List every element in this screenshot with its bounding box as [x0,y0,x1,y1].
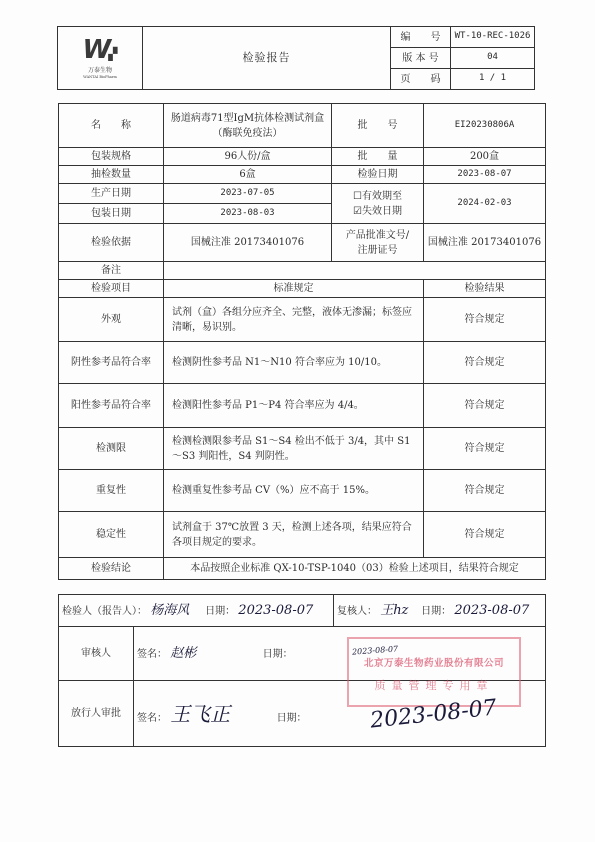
test-result: 符合规定 [424,428,546,470]
expiry-type-cell: ☐有效期至 ☑失效日期 [332,184,424,224]
test-item: 稳定性 [59,512,164,558]
releaser-date-label: 日期： [277,713,307,724]
remark-value [164,262,546,280]
batch-size-value: 200盒 [424,148,546,166]
test-item: 重复性 [59,470,164,512]
mfg-date-label: 生产日期 [59,184,164,204]
releaser-signature: 王飞正 [170,702,230,726]
approval-number-label: 产品批准文号/ 注册证号 [332,224,424,262]
reviewer-signature: 王hz [380,603,408,618]
expiry-date-option: ☑失效日期 [335,204,420,219]
test-result: 符合规定 [424,512,546,558]
batch-size-label: 批 量 [332,148,424,166]
reviewer-label: 复核人： [337,606,377,617]
inspector-label: 检验人（报告人）： [62,606,147,617]
conclusion-value: 本品按照企业标准 QX-10-TSP-1040（03）检验上述项目，结果符合规定 [164,558,546,580]
pack-date-label: 包装日期 [59,204,164,224]
approval-label-line2: 注册证号 [335,243,420,258]
company-name-en: WANTAI BioPharm [83,75,117,80]
package-spec-label: 包装规格 [59,148,164,166]
test-result: 符合规定 [424,342,546,384]
valid-until-label: 有效期至 [362,191,402,202]
company-logo: W▞ 万泰生物 WANTAI BioPharm [61,37,139,80]
test-item: 阴性参考品符合率 [59,342,164,384]
expiry-date-checkbox[interactable]: ☑ [353,206,362,217]
inspection-report-document: W▞ 万泰生物 WANTAI BioPharm 检验报告 编 号 WT-10-R… [0,0,595,842]
test-standard: 检测检测限参考品 S1～S4 检出不低于 3/4，其中 S1～S3 判阳性，S4… [164,428,424,470]
mfg-date-value: 2023-07-05 [164,184,332,204]
result-header: 检验结果 [424,280,546,298]
test-row-negative: 阴性参考品符合率 检测阴性参考品 N1～N10 符合率应为 10/10。 符合规… [59,342,546,384]
test-basis-value: 国械注准 20173401076 [164,224,332,262]
stamp-company-name: 北京万泰生物药业股份有限公司 [349,655,519,669]
test-standard: 检测阴性参考品 N1～N10 符合率应为 10/10。 [164,342,424,384]
test-item-header: 检验项目 [59,280,164,298]
inspector-cell: 检验人（报告人）： 杨海风 日期： 2023-08-07 [59,595,334,627]
approval-number-value: 国械注准 20173401076 [424,224,546,262]
test-result: 符合规定 [424,470,546,512]
product-name-value: 肠道病毒71型IgM抗体检测试剂盒 （酶联免疫法） [164,104,332,148]
valid-until-option: ☐有效期至 [335,189,420,204]
auditor-sign-label: 签名： [137,649,167,660]
test-basis-label: 检验依据 [59,224,164,262]
product-name-line2: （酶联免疫法） [167,126,328,141]
batch-no-label: 批 号 [332,104,424,148]
test-standard: 检测重复性参考品 CV（%）应不高于 15%。 [164,470,424,512]
approval-label-line1: 产品批准文号/ [335,228,420,243]
product-name-label: 名 称 [59,104,164,148]
inspector-date: 2023-08-07 [238,603,313,618]
company-w-logo-icon: W▞ [83,37,118,67]
reviewer-date: 2023-08-07 [454,603,529,618]
stamp-purpose: 质量管理专用章 [349,677,519,693]
test-result: 符合规定 [424,384,546,428]
auditor-date-label: 日期： [263,649,293,660]
doc-number-value: WT-10-REC-1026 [451,27,535,48]
test-item: 阳性参考品符合率 [59,384,164,428]
test-standard: 试剂盒于 37℃放置 3 天，检测上述各项，结果应符合各项目规定的要求。 [164,512,424,558]
test-row-stability: 稳定性 试剂盒于 37℃放置 3 天，检测上述各项，结果应符合各项目规定的要求。… [59,512,546,558]
page-value: 1 / 1 [451,69,535,90]
standard-header: 标准规定 [164,280,424,298]
expiry-date-value: 2024-02-03 [424,184,546,224]
reviewer-cell: 复核人： 王hz 日期： 2023-08-07 [334,595,546,627]
test-row-detection-limit: 检测限 检测检测限参考品 S1～S4 检出不低于 3/4，其中 S1～S3 判阳… [59,428,546,470]
remark-label: 备注 [59,262,164,280]
test-row-positive: 阳性参考品符合率 检测阳性参考品 P1～P4 符合率应为 4/4。 符合规定 [59,384,546,428]
version-label: 版 本 号 [391,48,451,69]
version-value: 04 [451,48,535,69]
batch-no-value: EI20230806A [424,104,546,148]
sample-qty-value: 6盒 [164,166,332,184]
conclusion-label: 检验结论 [59,558,164,580]
auditor-signature: 赵彬 [170,646,196,661]
report-title: 检验报告 [143,27,391,90]
test-row-repeatability: 重复性 检测重复性参考品 CV（%）应不高于 15%。 符合规定 [59,470,546,512]
doc-number-label: 编 号 [391,27,451,48]
test-date-label: 检验日期 [332,166,424,184]
logo-cell: W▞ 万泰生物 WANTAI BioPharm [58,27,143,90]
valid-until-checkbox[interactable]: ☐ [353,191,362,202]
test-standard: 试剂（盒）各组分应齐全、完整，液体无渗漏；标签应清晰，易识别。 [164,298,424,342]
auditor-label: 审核人 [59,627,134,681]
test-result: 符合规定 [424,298,546,342]
report-main-table: 名 称 肠道病毒71型IgM抗体检测试剂盒 （酶联免疫法） 批 号 EI2023… [58,103,546,580]
test-standard: 检测阳性参考品 P1～P4 符合率应为 4/4。 [164,384,424,428]
package-spec-value: 96人份/盒 [164,148,332,166]
company-name-cn: 万泰生物 [88,67,112,75]
reviewer-date-label: 日期： [421,606,451,617]
inspector-date-label: 日期： [205,606,235,617]
product-name-line1: 肠道病毒71型IgM抗体检测试剂盒 [167,111,328,126]
releaser-sign-label: 签名： [137,713,167,724]
test-item: 外观 [59,298,164,342]
pack-date-value: 2023-08-03 [164,204,332,224]
test-item: 检测限 [59,428,164,470]
releaser-label: 放行人审批 [59,681,134,747]
test-row-appearance: 外观 试剂（盒）各组分应齐全、完整，液体无渗漏；标签应清晰，易识别。 符合规定 [59,298,546,342]
test-date-value: 2023-08-07 [424,166,546,184]
expiry-date-label: 失效日期 [362,206,402,217]
inspector-signature: 杨海风 [150,603,189,618]
report-header-table: W▞ 万泰生物 WANTAI BioPharm 检验报告 编 号 WT-10-R… [57,26,535,90]
page-label: 页 码 [391,69,451,90]
sample-qty-label: 抽检数量 [59,166,164,184]
